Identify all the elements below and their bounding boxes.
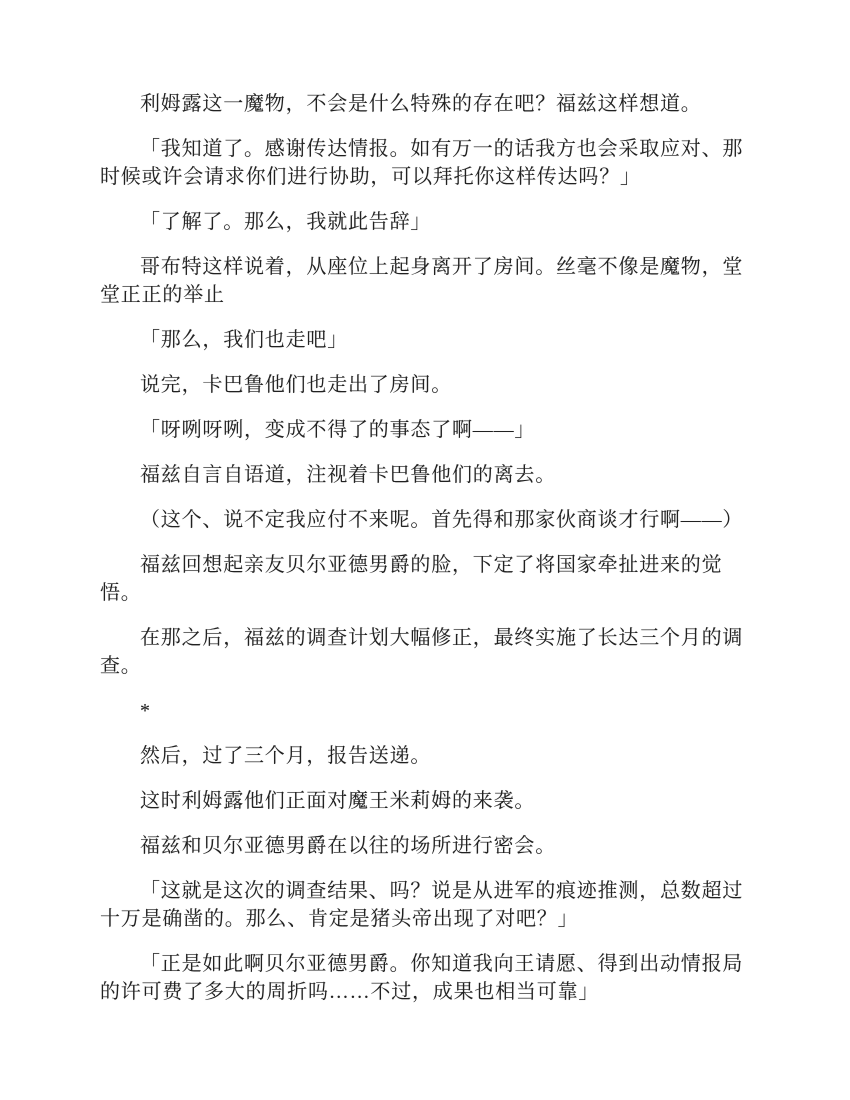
paragraph: 哥布特这样说着，从座位上起身离开了房间。丝毫不像是魔物，堂堂正正的举止 <box>100 253 746 309</box>
paragraph: 福兹回想起亲友贝尔亚德男爵的脸，下定了将国家牵扯进来的觉悟。 <box>100 551 746 607</box>
paragraph: 「了解了。那么，我就此告辞」 <box>100 208 746 236</box>
paragraph: 「这就是这次的调查结果、吗？说是从进军的痕迹推测，总数超过十万是确凿的。那么、肯… <box>100 877 746 933</box>
paragraph: 「那么，我们也走吧」 <box>100 326 746 354</box>
paragraph: 福兹和贝尔亚德男爵在以往的场所进行密会。 <box>100 832 746 860</box>
paragraph: 然后，过了三个月，报告送递。 <box>100 742 746 770</box>
paragraph: 这时利姆露他们正面对魔王米莉姆的来袭。 <box>100 787 746 815</box>
paragraph: 「我知道了。感谢传达情报。如有万一的话我方也会采取应对、那时候或许会请求你们进行… <box>100 135 746 191</box>
paragraph: 利姆露这一魔物，不会是什么特殊的存在吧？福兹这样想道。 <box>100 90 746 118</box>
text-content: 利姆露这一魔物，不会是什么特殊的存在吧？福兹这样想道。「我知道了。感谢传达情报。… <box>100 90 746 1006</box>
novel-page: 利姆露这一魔物，不会是什么特殊的存在吧？福兹这样想道。「我知道了。感谢传达情报。… <box>0 0 850 1100</box>
paragraph: 说完，卡巴鲁他们也走出了房间。 <box>100 371 746 399</box>
paragraph: 福兹自言自语道，注视着卡巴鲁他们的离去。 <box>100 461 746 489</box>
paragraph: 在那之后，福兹的调查计划大幅修正，最终实施了长达三个月的调查。 <box>100 624 746 680</box>
paragraph: 「呀咧呀咧，变成不得了的事态了啊——」 <box>100 416 746 444</box>
section-separator: * <box>100 697 746 725</box>
paragraph: （这个、说不定我应付不来呢。首先得和那家伙商谈才行啊——） <box>100 506 746 534</box>
paragraph: 「正是如此啊贝尔亚德男爵。你知道我向王请愿、得到出动情报局的许可费了多大的周折吗… <box>100 950 746 1006</box>
